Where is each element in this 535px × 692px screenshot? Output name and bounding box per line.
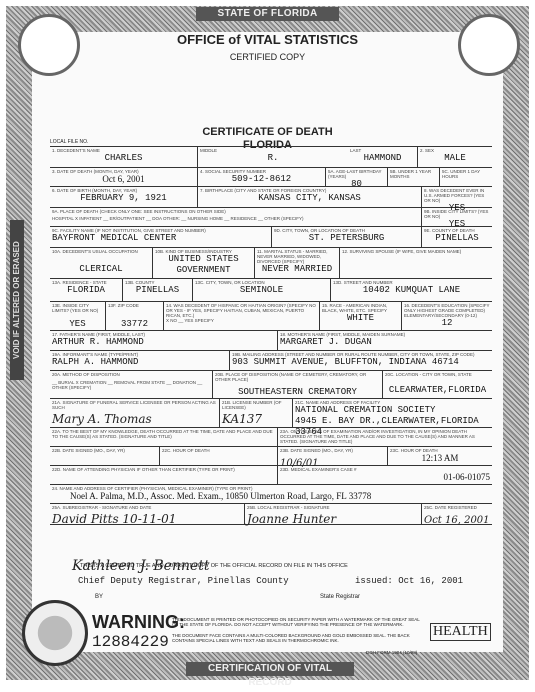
field-facility-address: 21c. NAME AND ADDRESS OF FACILITYNATIONA… xyxy=(293,399,492,427)
field-residence-city: 13c. CITY, TOWN, OR LOCATIONSEMINOLE xyxy=(193,279,331,301)
field-marital-status: 11. MARITAL STATUS - Married, Never Marr… xyxy=(255,248,340,278)
field-zip: 13f. ZIP CODE33772 xyxy=(106,302,164,330)
certified-copy-label: CERTIFIED COPY xyxy=(0,52,535,62)
field-funeral-signature: 21a. SIGNATURE OF FUNERAL SERVICE LICENS… xyxy=(50,399,220,427)
warning-text-1: THIS DOCUMENT IS PRINTED OR PHOTOCOPIED … xyxy=(172,617,422,627)
field-sex: 2. SEXMALE xyxy=(418,147,492,167)
by-label: BY xyxy=(95,594,103,600)
field-ssn: 4. SOCIAL SECURITY NUMBER509-12-8612 xyxy=(198,168,326,186)
field-place-of-death: 9a. PLACE OF DEATH (Check only one: see … xyxy=(50,208,422,226)
health-logo: HEALTH xyxy=(430,623,491,641)
state-registrar-label: State Registrar xyxy=(320,594,360,600)
field-subregistrar: 25a. SUBREGISTRAR - SIGNATURE AND DATEDa… xyxy=(50,504,245,524)
field-armed-forces: 8. WAS DECEDENT EVER IN U.S. ARMED FORCE… xyxy=(422,187,492,207)
serial-number: 12884229 xyxy=(92,633,169,651)
field-under-day: 5c. UNDER 1 DAYHours xyxy=(440,168,492,186)
void-notice: VOID IF ALTERED OR ERASED xyxy=(10,220,24,380)
field-under-year: 5b. UNDER 1 YEARMonths xyxy=(388,168,440,186)
field-residence-state: 13a. RESIDENCE - STATEFLORIDA xyxy=(50,279,123,301)
field-residence-county: 13b. COUNTYPINELLAS xyxy=(123,279,193,301)
field-education: 16. DECEDENT'S EDUCATION (Specify only h… xyxy=(402,302,492,330)
warning-text-2: THE DOCUMENT FACE CONTAINS A MULTI-COLOR… xyxy=(172,633,422,643)
field-first-name: 1. DECEDENT'S NAMECHARLES xyxy=(50,147,198,167)
field-age: 5a. AGE-Last Birthday (years)80 xyxy=(326,168,388,186)
field-occupation: 10a. DECEDENT'S USUAL OCCUPATIONCLERICAL xyxy=(50,248,153,278)
bottom-banner: CERTIFICATION OF VITAL RECORD xyxy=(186,662,354,676)
field-mailing-address: 19b. MAILING ADDRESS (Street and Number … xyxy=(230,351,492,370)
field-inside-city: 9b. INSIDE CITY LIMITS? (Yes or No)YES xyxy=(422,208,492,226)
field-disposition-location: 20c. LOCATION - City or Town, StateCLEAR… xyxy=(383,371,492,398)
field-disposition-place: 20b. PLACE OF DISPOSITION (Name of cemet… xyxy=(213,371,383,398)
office-title: OFFICE of VITAL STATISTICS xyxy=(0,32,535,47)
field-me-hour: 23c. HOUR OF DEATH12:13 AM xyxy=(388,447,492,465)
field-residence-inside-city: 13e. INSIDE CITY LIMITS? (Yes or No)YES xyxy=(50,302,106,330)
field-residence-street: 13d. STREET AND NUMBER10402 KUMQUAT LANE xyxy=(331,279,492,301)
field-middle-name: MIDDLER. xyxy=(198,147,348,167)
field-physician-date-signed: 22b. DATE SIGNED (Mo., Day, Yr) xyxy=(50,447,160,465)
top-banner: STATE OF FLORIDA xyxy=(196,7,339,21)
field-local-registrar: 25b. LOCAL REGISTRAR - SIGNATUREJoanne H… xyxy=(245,504,422,524)
field-physician-hour: 22c. HOUR OF DEATH xyxy=(160,447,278,465)
field-father-name: 17. FATHER'S NAME (First, Middle, Last)A… xyxy=(50,331,278,350)
field-physician-certification: 22a. To the best of my knowledge, death … xyxy=(50,428,278,446)
field-last-name: LASTHAMMOND xyxy=(348,147,418,167)
field-facility: 9c. FACILITY NAME (If not institution, g… xyxy=(50,227,272,247)
field-date-registered: 25c. DATE REGISTEREDOct 16, 2001 xyxy=(422,504,492,524)
field-birthplace: 7. BIRTHPLACE (City and State or Foreign… xyxy=(198,187,422,207)
death-certificate-form: 1. DECEDENT'S NAMECHARLES MIDDLER. LASTH… xyxy=(50,146,492,525)
field-license-number: 21b. LICENSE NUMBER (of Licensee)KA137 xyxy=(220,399,293,427)
field-informant: 19a. INFORMANT'S NAME (Type/Print)RALPH … xyxy=(50,351,230,370)
title-line: CERTIFICATE OF DEATH xyxy=(0,126,535,139)
field-race: 15. RACE - American Indian, Black, White… xyxy=(320,302,402,330)
field-city-of-death: 9d. CITY, TOWN, OR LOCATION OF DEATHST. … xyxy=(272,227,422,247)
field-spouse: 12. SURVIVING SPOUSE (If wife, give maid… xyxy=(340,248,492,278)
field-disposition-method: 20a. METHOD OF DISPOSITION__ Burial X Cr… xyxy=(50,371,213,398)
field-business: 10b. KIND OF BUSINESS/INDUSTRYUNITED STA… xyxy=(153,248,255,278)
local-file-label: LOCAL FILE NO. xyxy=(50,139,88,145)
registrar-title: Chief Deputy Registrar, Pinellas County xyxy=(78,576,289,586)
form-number: DOH FORM 1984 (10/98) xyxy=(366,650,417,655)
field-county-of-death: 9e. COUNTY OF DEATHPINELLAS xyxy=(422,227,492,247)
great-seal-icon xyxy=(22,600,88,666)
field-certifier: 24. NAME AND ADDRESS OF CERTIFIER (PHYSI… xyxy=(50,485,492,503)
field-me-date-signed: 23b. DATE SIGNED (Mo., Day, Yr)10/6/01 xyxy=(278,447,388,465)
field-me-certification: 23a. On the basis of examination and/or … xyxy=(278,428,492,446)
field-me-case: 23d. MEDICAL EXAMINER'S CASE #01-06-0107… xyxy=(278,466,492,484)
field-attending-physician: 22d. NAME OF ATTENDING PHYSICIAN IF OTHE… xyxy=(50,466,278,484)
field-mother-name: 18. MOTHER'S NAME (First, Middle, Maiden… xyxy=(278,331,492,350)
field-date-of-birth: 6. DATE OF BIRTH (Month, Day, Year)FEBRU… xyxy=(50,187,198,207)
registrar-signature: Kathleen J. Bennett xyxy=(72,558,210,574)
field-date-of-death: 3. DATE OF DEATH (Month, Day, Year)Oct 6… xyxy=(50,168,198,186)
issued-date: issued: Oct 16, 2001 xyxy=(355,576,463,586)
field-hispanic-origin: 14. WAS DECEDENT OF HISPANIC OR HAITIAN … xyxy=(164,302,320,330)
